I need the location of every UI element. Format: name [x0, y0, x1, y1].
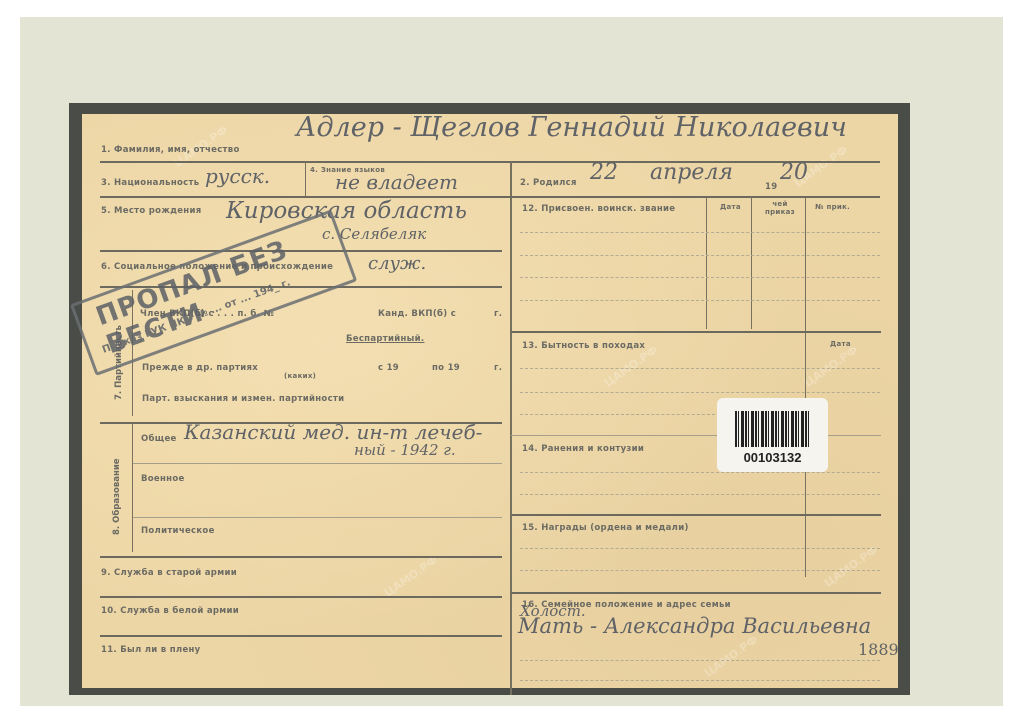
- field-2-year: 20: [780, 160, 808, 185]
- barcode-icon: [735, 411, 811, 447]
- divider: [751, 197, 752, 329]
- field-8-label: 8. Образование: [112, 458, 122, 535]
- archive-barcode-label: 00103132: [717, 398, 828, 472]
- field-2-day: 22: [590, 160, 618, 185]
- field-2-year-prefix: 19: [765, 182, 777, 192]
- entry-line: [520, 570, 880, 571]
- entry-line: [520, 392, 880, 393]
- entry-line: [520, 277, 880, 278]
- entry-line: [520, 255, 880, 256]
- field-11-label: 11. Был ли в плену: [101, 645, 201, 655]
- entry-line: [520, 368, 880, 369]
- divider: [100, 161, 880, 163]
- field-13-label: 13. Бытность в походах: [522, 341, 645, 351]
- divider: [100, 556, 502, 558]
- prev-party-label: Прежде в др. партиях: [142, 363, 258, 373]
- field-1-value: Адлер - Щеглов Геннадий Николаевич: [296, 112, 847, 143]
- divider: [132, 424, 133, 552]
- divider: [511, 331, 881, 333]
- entry-line: [520, 232, 880, 233]
- field-2-month: апреля: [650, 160, 733, 185]
- field-2-label: 2. Родился: [520, 178, 577, 188]
- barcode-number: 00103132: [717, 450, 828, 465]
- divider: [511, 514, 881, 516]
- field-9-label: 9. Служба в старой армии: [101, 568, 237, 578]
- divider: [305, 162, 306, 196]
- field-1-label: 1. Фамилия, имя, отчество: [101, 145, 240, 155]
- divider: [100, 196, 880, 198]
- field-12-label: 12. Присвоен. воинск. звание: [522, 204, 675, 214]
- party-penalties-label: Парт. взыскания и измен. партийности: [142, 394, 344, 404]
- entry-line: [520, 548, 880, 549]
- field-10-label: 10. Служба в белой армии: [101, 606, 239, 616]
- education-general-label: Общее: [141, 434, 177, 444]
- entry-line: [520, 660, 880, 661]
- prev-party-hint: (каких): [284, 372, 316, 380]
- field-3-value: русск.: [205, 164, 270, 188]
- field-6-value: служ.: [368, 253, 426, 274]
- nonparty-label: Беспартийный.: [346, 334, 424, 344]
- entry-line: [520, 472, 880, 473]
- divider: [805, 197, 806, 577]
- field-12-col-num: № прик.: [815, 203, 850, 211]
- field-3-label: 3. Национальность: [101, 178, 199, 188]
- year-suffix: г.: [494, 309, 502, 319]
- field-16-value-line2: Мать - Александра Васильевна: [518, 614, 871, 638]
- entry-line: [520, 300, 880, 301]
- divider: [706, 197, 707, 329]
- divider: [100, 596, 502, 598]
- party-from-label: с 19: [378, 363, 399, 373]
- entry-line: [520, 494, 880, 495]
- field-14-label: 14. Ранения и контузии: [522, 444, 644, 454]
- divider: [511, 592, 881, 594]
- field-5-label: 5. Место рождения: [101, 206, 202, 216]
- party-to-label: по 19: [432, 363, 460, 373]
- divider: [100, 635, 502, 637]
- education-political-label: Политическое: [141, 526, 215, 536]
- field-5-value-line1: Кировская область: [226, 198, 467, 224]
- education-general-line2: ный - 1942 г.: [354, 441, 456, 459]
- entry-line: [520, 414, 720, 415]
- field-12-col-date: Дата: [720, 203, 741, 211]
- field-4-value: не владеет: [335, 170, 458, 194]
- field-13-col-date: Дата: [830, 340, 851, 348]
- year-suffix: г.: [494, 363, 502, 373]
- entry-line: [520, 680, 880, 681]
- center-divider: [510, 162, 512, 695]
- field-15-label: 15. Награды (ордена и медали): [522, 523, 689, 533]
- field-16-value-line3: 1889: [858, 640, 899, 659]
- education-military-label: Военное: [141, 474, 185, 484]
- divider: [133, 463, 502, 464]
- field-12-col-order: чей приказ: [760, 200, 800, 216]
- party-candidate-label: Канд. ВКП(б) с: [378, 309, 456, 319]
- divider: [133, 517, 502, 518]
